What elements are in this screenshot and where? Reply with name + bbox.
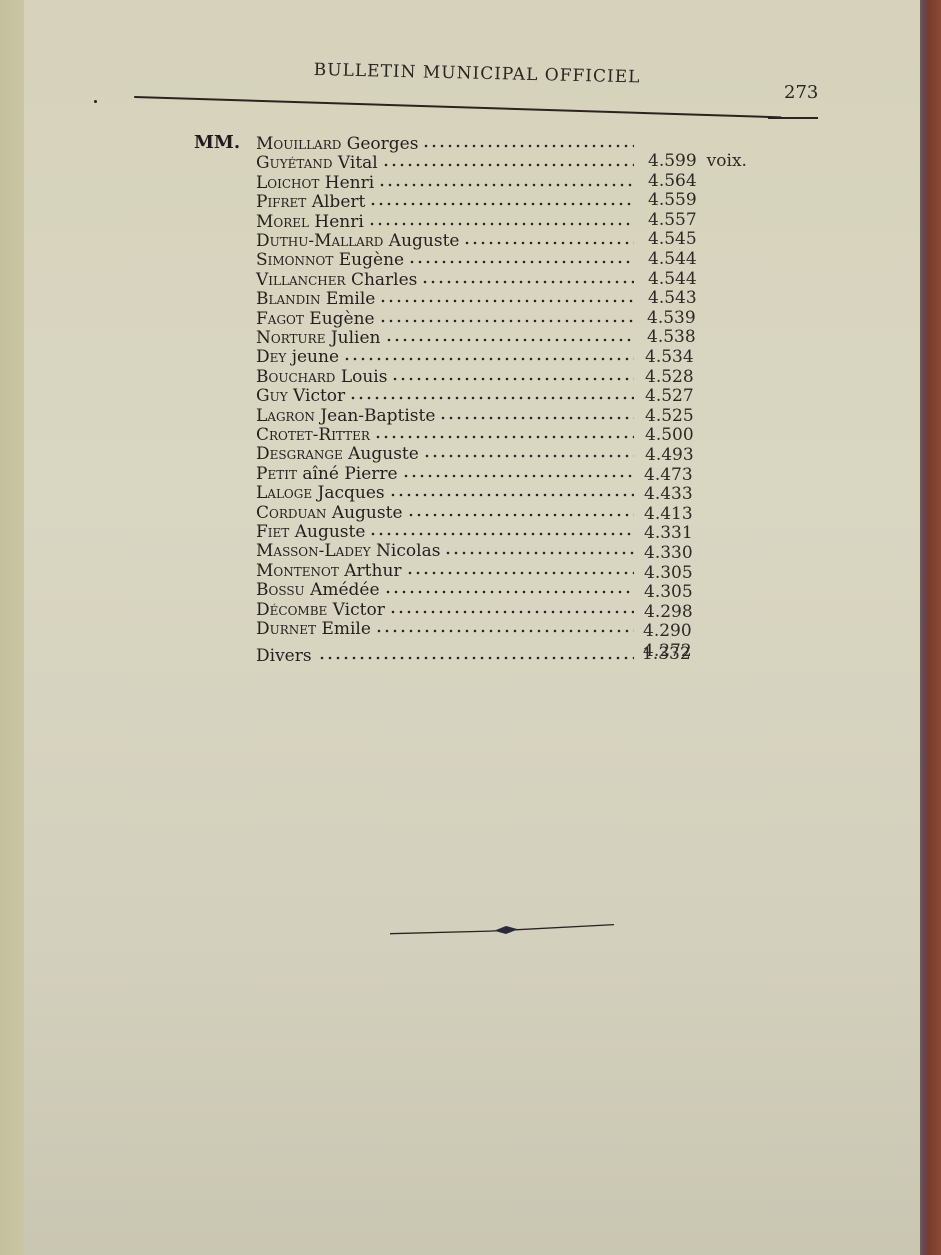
candidate-name: Durnet Emile xyxy=(256,619,371,639)
list-item: Guy Victor xyxy=(256,386,796,406)
candidate-name: Masson-Ladey Nicolas xyxy=(256,541,440,561)
candidate-name: Loichot Henri xyxy=(256,173,374,193)
dot-leader xyxy=(444,550,634,556)
candidate-given-name: Amédée xyxy=(305,580,380,600)
candidate-surname: Pifret xyxy=(256,192,306,212)
dot-leader xyxy=(368,221,634,227)
running-head-title: BULLETIN MUNICIPAL OFFICIEL xyxy=(314,60,641,87)
candidate-surname: Bossu xyxy=(256,580,305,600)
list-item: Durnet Emile xyxy=(256,619,796,639)
dot-leader xyxy=(463,240,634,246)
candidate-name: Mouillard Georges xyxy=(256,134,418,154)
candidate-surname: Petit xyxy=(256,464,297,484)
candidate-name: Lagron Jean-Baptiste xyxy=(256,406,435,426)
vote-count: 4.493 xyxy=(645,445,694,465)
vote-count: 4.433 xyxy=(644,484,693,504)
candidate-given-name: Auguste xyxy=(289,522,365,542)
candidate-given-name: Emile xyxy=(321,289,376,309)
candidate-name: Guyétand Vital xyxy=(256,153,378,173)
vote-count: 4.539 xyxy=(647,308,696,328)
dot-leader xyxy=(318,655,634,661)
vote-count: 4.298 xyxy=(644,602,693,622)
candidate-name: Simonnot Eugène xyxy=(256,250,404,270)
book-page: BULLETIN MUNICIPAL OFFICIEL 273 MM. Moui… xyxy=(24,0,922,1255)
vote-count: 4.528 xyxy=(645,367,694,387)
candidate-name: Dey jeune xyxy=(256,347,339,367)
vote-count: 4.544 xyxy=(648,249,697,269)
candidate-given-name: Albert xyxy=(306,192,365,212)
vote-count: 4.559 xyxy=(648,190,697,210)
candidate-given-name: Vital xyxy=(333,153,378,173)
candidate-name: Pifret Albert xyxy=(256,192,365,212)
list-item: Crotet-Ritter xyxy=(256,425,796,445)
vote-count: 4.545 xyxy=(648,229,697,249)
candidate-surname: Fagot xyxy=(256,309,304,329)
candidate-surname: Corduan xyxy=(256,503,326,523)
list-item: Duthu-Mallard Auguste xyxy=(256,231,796,251)
candidate-surname: Masson-Ladey xyxy=(256,541,371,561)
candidate-given-name: Auguste xyxy=(343,444,419,464)
list-item: Masson-Ladey Nicolas xyxy=(256,541,796,561)
header-rule xyxy=(134,96,782,118)
divers-vote-count: 1.332 xyxy=(642,644,691,664)
dot-leader xyxy=(423,453,634,459)
vote-count: 4.500 xyxy=(645,425,694,445)
candidate-given-name: Georges xyxy=(341,134,418,154)
list-item: Bouchard Louis xyxy=(256,367,796,387)
candidate-given-name: Henri xyxy=(309,212,364,232)
candidate-surname: Guyétand xyxy=(256,153,333,173)
list-item: Villancher Charles xyxy=(256,270,796,290)
vote-count: 4.413 xyxy=(644,504,693,524)
dot-leader xyxy=(369,201,634,207)
list-item: Petit aîné Pierre xyxy=(256,464,796,484)
candidate-given-name: Auguste xyxy=(383,231,459,251)
list-item: Desgrange Auguste xyxy=(256,444,796,464)
vote-count: 4.599voix. xyxy=(648,151,747,171)
diamond-rule-ornament xyxy=(390,922,614,938)
candidate-surname: Morel xyxy=(256,212,309,232)
vote-count: 4.305 xyxy=(644,563,693,583)
candidate-name: Bossu Amédée xyxy=(256,580,380,600)
list-item: Simonnot Eugène xyxy=(256,250,796,270)
dot-leader xyxy=(408,259,634,265)
candidate-surname: Fiet xyxy=(256,522,289,542)
candidate-name: Crotet-Ritter xyxy=(256,425,370,445)
candidate-given-name: Auguste xyxy=(326,503,402,523)
dot-leader xyxy=(349,395,634,401)
list-item: Laloge Jacques xyxy=(256,483,796,503)
vote-count: 4.544 xyxy=(648,269,697,289)
dot-leader xyxy=(384,589,634,595)
dot-leader xyxy=(379,298,634,304)
vote-count: 4.534 xyxy=(645,347,694,367)
vote-count: 4.305 xyxy=(644,582,693,602)
list-item: Montenot Arthur xyxy=(256,561,796,581)
candidate-given-name: Eugène xyxy=(333,250,404,270)
candidate-surname: Crotet-Ritter xyxy=(256,425,370,445)
dot-leader xyxy=(382,162,634,168)
candidate-surname: Desgrange xyxy=(256,444,343,464)
list-item: Corduan Auguste xyxy=(256,503,796,523)
candidate-surname: Montenot xyxy=(256,561,339,581)
dot-leader xyxy=(378,182,634,188)
list-prefix: MM. xyxy=(194,132,240,153)
candidate-surname: Laloge xyxy=(256,483,312,503)
dot-leader xyxy=(379,318,634,324)
candidate-given-name: Louis xyxy=(335,367,387,387)
dot-leader xyxy=(406,570,634,576)
dot-leader xyxy=(391,376,634,382)
page-number: 273 xyxy=(784,82,818,103)
list-item: Dey jeune xyxy=(256,347,796,367)
candidate-surname: Mouillard xyxy=(256,134,341,154)
dot-leader xyxy=(439,415,634,421)
candidate-name: Petit aîné Pierre xyxy=(256,464,398,484)
candidate-surname: Duthu-Mallard xyxy=(256,231,383,251)
divers-label: Divers xyxy=(256,646,312,666)
dot-leader xyxy=(385,337,634,343)
candidate-given-name: Jacques xyxy=(312,483,385,503)
list-item-divers: Divers xyxy=(256,646,796,666)
candidate-surname: Blandin xyxy=(256,289,321,309)
list-item: Lagron Jean-Baptiste xyxy=(256,406,796,426)
candidate-given-name: Nicolas xyxy=(371,541,441,561)
candidate-name: Blandin Emile xyxy=(256,289,375,309)
vote-count: 4.290 xyxy=(643,621,692,641)
candidate-surname: Simonnot xyxy=(256,250,333,270)
candidate-given-name: Emile xyxy=(316,619,371,639)
vote-count: 4.564 xyxy=(648,171,697,191)
candidate-given-name: aîné Pierre xyxy=(297,464,398,484)
candidate-given-name: Victor xyxy=(288,386,346,406)
candidate-name: Guy Victor xyxy=(256,386,345,406)
dot-leader xyxy=(375,628,634,634)
candidate-surname: Lagron xyxy=(256,406,315,426)
candidate-name: Fagot Eugène xyxy=(256,309,375,329)
list-item: Norture Julien xyxy=(256,328,796,348)
candidate-name: Duthu-Mallard Auguste xyxy=(256,231,459,251)
candidate-given-name: Victor xyxy=(327,600,385,620)
candidate-given-name: Jean-Baptiste xyxy=(315,406,436,426)
vote-count: 4.538 xyxy=(647,327,696,347)
dot-leader xyxy=(421,279,634,285)
candidate-given-name: Arthur xyxy=(339,561,402,581)
list-item: Bossu Amédée xyxy=(256,580,796,600)
dot-leader xyxy=(369,531,634,537)
candidate-surname: Dey xyxy=(256,347,286,367)
candidate-surname: Villancher xyxy=(256,270,346,290)
candidate-surname: Norture xyxy=(256,328,325,348)
candidate-given-name: Henri xyxy=(319,173,374,193)
vote-count: 4.473 xyxy=(644,465,693,485)
candidate-given-name: Julien xyxy=(325,328,380,348)
candidate-name: Villancher Charles xyxy=(256,270,417,290)
list-item: Morel Henri xyxy=(256,212,796,232)
vote-count: 4.331 xyxy=(644,523,693,543)
header-rule-segment xyxy=(768,117,818,119)
list-item: Fiet Auguste xyxy=(256,522,796,542)
candidate-name: Décombe Victor xyxy=(256,600,385,620)
dot-leader xyxy=(343,356,634,362)
candidate-surname: Loichot xyxy=(256,173,319,193)
list-item: Fagot Eugène xyxy=(256,309,796,329)
candidate-given-name: Charles xyxy=(346,270,418,290)
vote-count: 4.527 xyxy=(645,386,694,406)
candidate-name: Fiet Auguste xyxy=(256,522,365,542)
dot-leader xyxy=(389,609,634,615)
paper-speck xyxy=(94,100,97,103)
vote-count: 4.557 xyxy=(648,210,697,230)
dot-leader xyxy=(402,473,634,479)
vote-count: 4.330 xyxy=(644,543,693,563)
candidate-given-name: Eugène xyxy=(304,309,375,329)
candidate-given-name: jeune xyxy=(286,347,339,367)
candidate-name: Norture Julien xyxy=(256,328,381,348)
candidate-name: Corduan Auguste xyxy=(256,503,403,523)
candidate-name: Montenot Arthur xyxy=(256,561,402,581)
list-item: Loichot Henri xyxy=(256,173,796,193)
candidate-name: Morel Henri xyxy=(256,212,364,232)
dot-leader xyxy=(422,143,634,149)
list-item: Blandin Emile xyxy=(256,289,796,309)
dot-leader xyxy=(407,512,635,518)
vote-count: 4.543 xyxy=(648,288,697,308)
candidate-name: Bouchard Louis xyxy=(256,367,387,387)
vote-unit: voix. xyxy=(707,151,747,171)
candidate-surname: Décombe xyxy=(256,600,327,620)
dot-leader xyxy=(374,434,634,440)
candidate-surname: Bouchard xyxy=(256,367,335,387)
dot-leader xyxy=(389,492,634,498)
candidate-surname: Guy xyxy=(256,386,288,406)
list-item: Pifret Albert xyxy=(256,192,796,212)
list-item: Décombe Victor xyxy=(256,600,796,620)
candidate-name: Laloge Jacques xyxy=(256,483,385,503)
candidate-surname: Durnet xyxy=(256,619,316,639)
candidate-name: Desgrange Auguste xyxy=(256,444,419,464)
vote-count: 4.525 xyxy=(645,406,694,426)
